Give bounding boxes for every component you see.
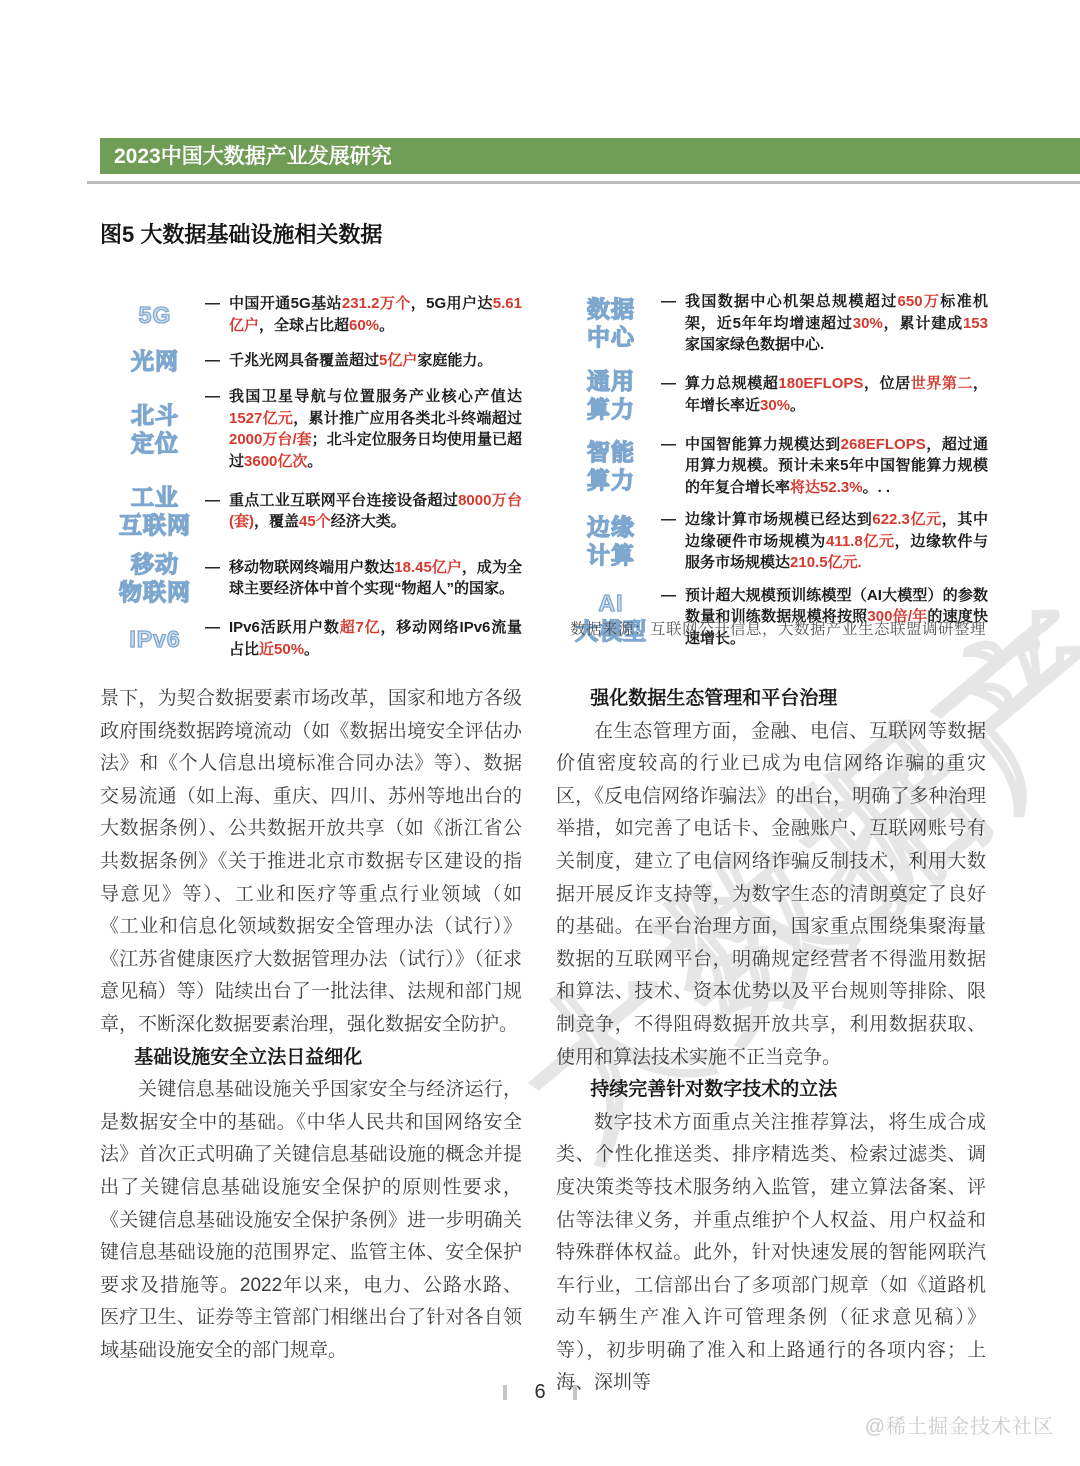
infographic-item-body: —中国开通5G基站231.2万个，5G用户达5.61亿户，全球占比超60%。 [198, 293, 522, 336]
dash-marker: — [205, 386, 220, 408]
infographic-item-body: —IPv6活跃用户数超7亿，移动网络IPv6流量占比近50%。 [198, 617, 522, 660]
infographic-item: 北斗定位—我国卫星导航与位置服务产业核心产值达1527亿元，累计推广应用各类北斗… [112, 386, 522, 472]
footer-tick-right [573, 1385, 577, 1400]
dash-marker: — [661, 373, 676, 395]
infographic-text: 移动物联网终端用户数达18.45亿户，成为全球主要经济体中首个实现“物超人”的国… [229, 557, 522, 600]
figure-title: 图5 大数据基础设施相关数据 [100, 218, 382, 249]
infographic-left-column: 5G—中国开通5G基站231.2万个，5G用户达5.61亿户，全球占比超60%。… [112, 293, 522, 660]
infographic-label: 通用算力 [568, 367, 654, 423]
dash-marker: — [205, 490, 220, 512]
dash-marker: — [661, 585, 676, 607]
infographic-item: 智能算力—中国智能算力规模达到268EFLOPS，超过通用算力规模。预计未来5年… [568, 434, 988, 499]
infographic-item: 边缘计算—边缘计算市场规模已经达到622.3亿元，其中边缘硬件市场规模为411.… [568, 509, 988, 574]
infographic-text: 我国数据中心机架总规模超过650万标准机架，近5年年均增速超过30%，累计建成1… [685, 291, 988, 356]
article-right-column: 强化数据生态管理和平台治理在生态管理方面，金融、电信、互联网等数据价值密度较高的… [556, 683, 986, 1400]
infographic-label: 北斗定位 [112, 401, 198, 457]
page-number: 6 [534, 1381, 545, 1404]
infographic-text: 算力总规模超180EFLOPS，位居世界第二，年增长率近30%。 [685, 373, 988, 416]
infographic-text: 千兆光网具备覆盖超过5亿户家庭能力。 [229, 350, 492, 372]
infographic-item-body: —千兆光网具备覆盖超过5亿户家庭能力。 [198, 350, 522, 372]
community-watermark: @稀土掘金技术社区 [865, 1410, 1054, 1439]
page-header-title: 2023中国大数据产业发展研究 [114, 145, 392, 168]
infographic-label: 数据中心 [568, 295, 654, 351]
infographic-item-body: —移动物联网终端用户数达18.45亿户，成为全球主要经济体中首个实现“物超人”的… [198, 557, 522, 600]
dash-marker: — [661, 434, 676, 456]
infographic-item-body: —算力总规模超180EFLOPS，位居世界第二，年增长率近30%。 [654, 373, 988, 416]
infographic-item: 通用算力—算力总规模超180EFLOPS，位居世界第二，年增长率近30%。 [568, 367, 988, 423]
infographic-label: IPv6 [112, 625, 198, 653]
infographic-text: IPv6活跃用户数超7亿，移动网络IPv6流量占比近50%。 [229, 617, 522, 660]
dash-marker: — [661, 291, 676, 313]
infographic-label: 5G [112, 301, 198, 329]
dash-marker: — [205, 350, 220, 372]
footer-tick-left [503, 1385, 507, 1400]
infographic-label: 边缘计算 [568, 513, 654, 569]
infographic-text: 边缘计算市场规模已经达到622.3亿元，其中边缘硬件市场规模为411.8亿元，边… [685, 509, 988, 574]
infographic-item-body: —边缘计算市场规模已经达到622.3亿元，其中边缘硬件市场规模为411.8亿元，… [654, 509, 988, 574]
page-header-bar: 2023中国大数据产业发展研究 [100, 138, 1080, 174]
infographic-item: IPv6—IPv6活跃用户数超7亿，移动网络IPv6流量占比近50%。 [112, 617, 522, 660]
article-paragraph: 数字技术方面重点关注推荐算法，将生成合成类、个性化推送类、排序精选类、检索过滤类… [556, 1107, 986, 1400]
article-left-column: 景下，为契合数据要素市场改革，国家和地方各级政府围绕数据跨境流动（如《数据出境安… [100, 683, 522, 1367]
article-subheading: 持续完善针对数字技术的立法 [556, 1074, 986, 1107]
infographic-label: 智能算力 [568, 438, 654, 494]
report-page: 2023中国大数据产业发展研究 图5 大数据基础设施相关数据 大数据产业 5G—… [0, 0, 1080, 1466]
header-divider [87, 181, 1080, 184]
article-paragraph: 在生态管理方面，金融、电信、互联网等数据价值密度较高的行业已成为电信网络诈骗的重… [556, 716, 986, 1075]
article-paragraph: 关键信息基础设施关乎国家安全与经济运行，是数据安全中的基础。《中华人民共和国网络… [100, 1074, 522, 1367]
article-subheading: 基础设施安全立法日益细化 [100, 1042, 522, 1075]
infographic-item: 光网—千兆光网具备覆盖超过5亿户家庭能力。 [112, 347, 522, 375]
infographic-right-column: 数据中心—我国数据中心机架总规模超过650万标准机架，近5年年均增速超过30%，… [568, 291, 988, 649]
infographic-item-body: —我国卫星导航与位置服务产业核心产值达1527亿元，累计推广应用各类北斗终端超过… [198, 386, 522, 472]
dash-marker: — [205, 293, 220, 315]
infographic-text: 重点工业互联网平台连接设备超过8000万台(套)，覆盖45个经济大类。 [229, 490, 522, 533]
data-source-note: 数据来源：互联网公开信息，大数据产业生态联盟调研整理 [568, 617, 986, 639]
infographic-text: 中国开通5G基站231.2万个，5G用户达5.61亿户，全球占比超60%。 [229, 293, 522, 336]
dash-marker: — [205, 557, 220, 579]
infographic-label: 工业互联网 [112, 483, 198, 539]
infographic-item-body: —我国数据中心机架总规模超过650万标准机架，近5年年均增速超过30%，累计建成… [654, 291, 988, 356]
page-footer: 6 [0, 1381, 1080, 1404]
infographic-item-body: —中国智能算力规模达到268EFLOPS，超过通用算力规模。预计未来5年中国智能… [654, 434, 988, 499]
infographic-item-body: —重点工业互联网平台连接设备超过8000万台(套)，覆盖45个经济大类。 [198, 490, 522, 533]
infographic-item: 移动物联网—移动物联网终端用户数达18.45亿户，成为全球主要经济体中首个实现“… [112, 550, 522, 606]
infographic-text: 中国智能算力规模达到268EFLOPS，超过通用算力规模。预计未来5年中国智能算… [685, 434, 988, 499]
infographic-text: 我国卫星导航与位置服务产业核心产值达1527亿元，累计推广应用各类北斗终端超过2… [229, 386, 522, 472]
infographic-label: 光网 [112, 347, 198, 375]
infographic-item: 数据中心—我国数据中心机架总规模超过650万标准机架，近5年年均增速超过30%，… [568, 291, 988, 356]
article-paragraph: 景下，为契合数据要素市场改革，国家和地方各级政府围绕数据跨境流动（如《数据出境安… [100, 683, 522, 1042]
infographic-label: 移动物联网 [112, 550, 198, 606]
dash-marker: — [661, 509, 676, 531]
infographic-item: 工业互联网—重点工业互联网平台连接设备超过8000万台(套)，覆盖45个经济大类… [112, 483, 522, 539]
article-subheading: 强化数据生态管理和平台治理 [556, 683, 986, 716]
infographic-item: 5G—中国开通5G基站231.2万个，5G用户达5.61亿户，全球占比超60%。 [112, 293, 522, 336]
dash-marker: — [205, 617, 220, 639]
